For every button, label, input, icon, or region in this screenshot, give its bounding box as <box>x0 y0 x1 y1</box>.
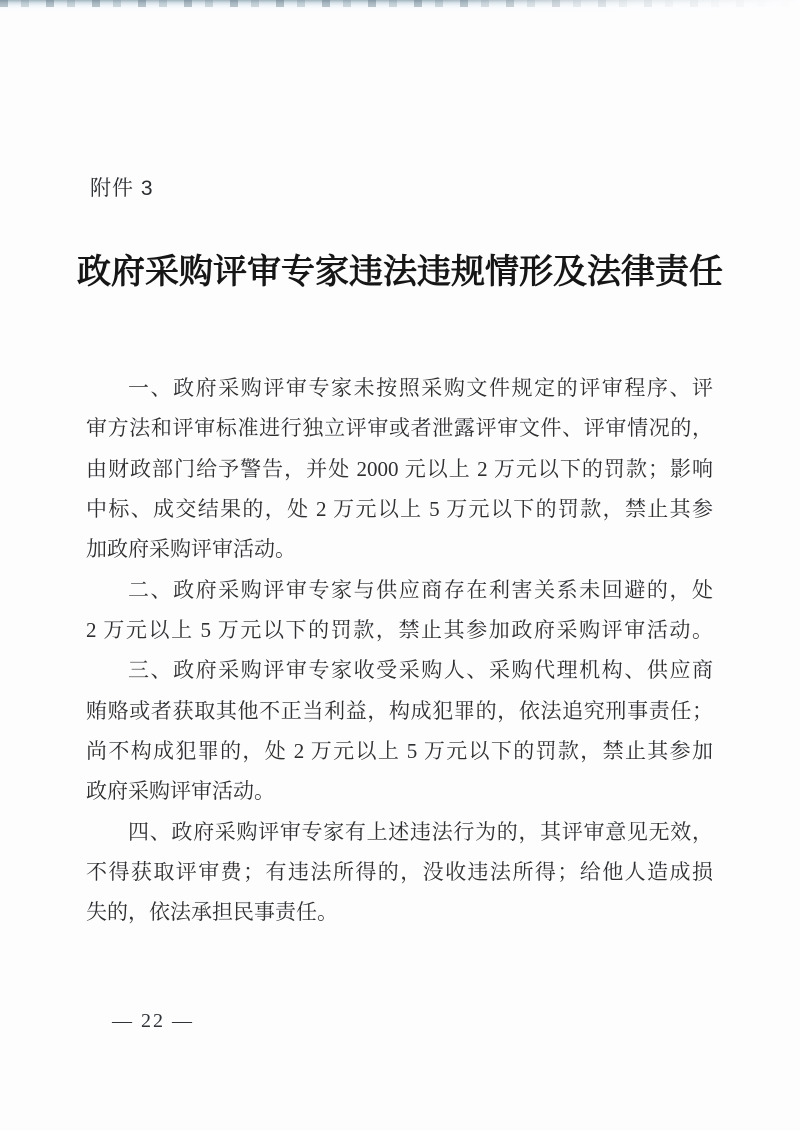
document-title: 政府采购评审专家违法违规情形及法律责任 <box>0 251 800 295</box>
body-text-line: 不得获取评审费；有违法所得的，没收违法所得；给他人造成损 <box>86 852 713 892</box>
paragraph: 一、政府采购评审专家未按照采购文件规定的评审程序、评审方法和评审标准进行独立评审… <box>86 368 713 570</box>
body-text-line: 尚不构成犯罪的，处 2 万元以上 5 万元以下的罚款，禁止其参加 <box>86 731 713 771</box>
body-text-line: 失的，依法承担民事责任。 <box>86 892 713 932</box>
document-body: 一、政府采购评审专家未按照采购文件规定的评审程序、评审方法和评审标准进行独立评审… <box>86 368 713 933</box>
scan-edge-artifact <box>0 0 800 13</box>
paragraph: 四、政府采购评审专家有上述违法行为的，其评审意见无效，不得获取评审费；有违法所得… <box>86 812 713 933</box>
scanned-document-page: 附件 3 政府采购评审专家违法违规情形及法律责任 一、政府采购评审专家未按照采购… <box>0 0 800 1130</box>
body-text-line: 政府采购评审活动。 <box>86 771 713 811</box>
body-text-line: 一、政府采购评审专家未按照采购文件规定的评审程序、评 <box>86 368 713 408</box>
body-text-line: 2 万元以上 5 万元以下的罚款，禁止其参加政府采购评审活动。 <box>86 610 713 650</box>
page-number: — 22 — <box>112 1006 194 1036</box>
paragraph: 二、政府采购评审专家与供应商存在利害关系未回避的，处2 万元以上 5 万元以下的… <box>86 570 713 651</box>
attachment-label: 附件 3 <box>90 175 154 203</box>
body-text-line: 由财政部门给予警告，并处 2000 元以上 2 万元以下的罚款；影响 <box>86 449 713 489</box>
body-text-line: 三、政府采购评审专家收受采购人、采购代理机构、供应商 <box>86 650 713 690</box>
body-text-line: 四、政府采购评审专家有上述违法行为的，其评审意见无效， <box>86 812 713 852</box>
paragraph: 三、政府采购评审专家收受采购人、采购代理机构、供应商贿赂或者获取其他不正当利益，… <box>86 650 713 811</box>
body-text-line: 审方法和评审标准进行独立评审或者泄露评审文件、评审情况的， <box>86 408 713 448</box>
body-text-line: 二、政府采购评审专家与供应商存在利害关系未回避的，处 <box>86 570 713 610</box>
body-text-line: 加政府采购评审活动。 <box>86 529 713 569</box>
body-text-line: 贿赂或者获取其他不正当利益，构成犯罪的，依法追究刑事责任； <box>86 691 713 731</box>
body-text-line: 中标、成交结果的，处 2 万元以上 5 万元以下的罚款，禁止其参 <box>86 489 713 529</box>
